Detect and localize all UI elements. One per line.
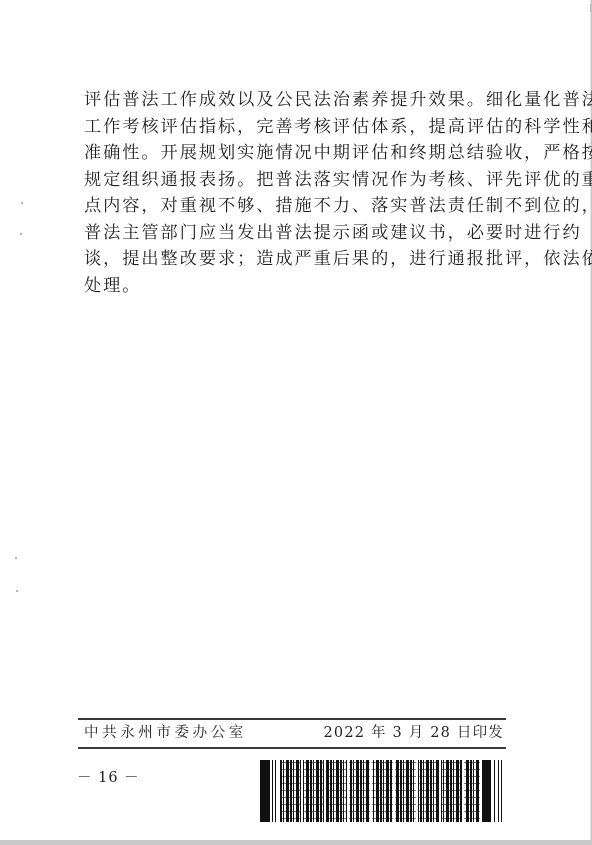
body-line: 准确性。开展规划实施情况中期评估和终期总结验收，严格按 (84, 140, 510, 167)
pdf417-barcode-icon (260, 760, 502, 822)
scan-speck (20, 233, 22, 235)
scan-speck (15, 557, 17, 559)
document-page: 评估普法工作成效以及公民法治素养提升效果。细化量化普法 工作考核评估指标，完善考… (0, 0, 591, 840)
scan-speck (590, 4, 591, 12)
issuer-name: 中共永州市委办公室 (84, 722, 247, 744)
body-text: 评估普法工作成效以及公民法治素养提升效果。细化量化普法 工作考核评估指标，完善考… (84, 87, 510, 299)
body-line: 评估普法工作成效以及公民法治素养提升效果。细化量化普法 (84, 87, 510, 114)
footer-bottom-rule (78, 747, 506, 749)
body-line: 普法主管部门应当发出普法提示函或建议书，必要时进行约 (84, 220, 510, 247)
body-line: 谈，提出整改要求；造成严重后果的，进行通报批评，依法依规 (84, 246, 510, 273)
body-line: 工作考核评估指标，完善考核评估体系，提高评估的科学性和 (84, 114, 510, 141)
body-line: 规定组织通报表扬。把普法落实情况作为考核、评先评优的重 (84, 167, 510, 194)
scan-speck (16, 590, 18, 592)
issue-date: 2022 年 3 月 28 日印发 (323, 722, 504, 744)
barcode-data-region (280, 760, 480, 822)
body-line: 处理。 (84, 273, 510, 300)
page-number: － 16 － (77, 768, 140, 788)
scan-speck (21, 202, 23, 204)
footer-top-rule (78, 718, 506, 720)
body-line: 点内容，对重视不够、措施不力、落实普法责任制不到位的， (84, 193, 510, 220)
